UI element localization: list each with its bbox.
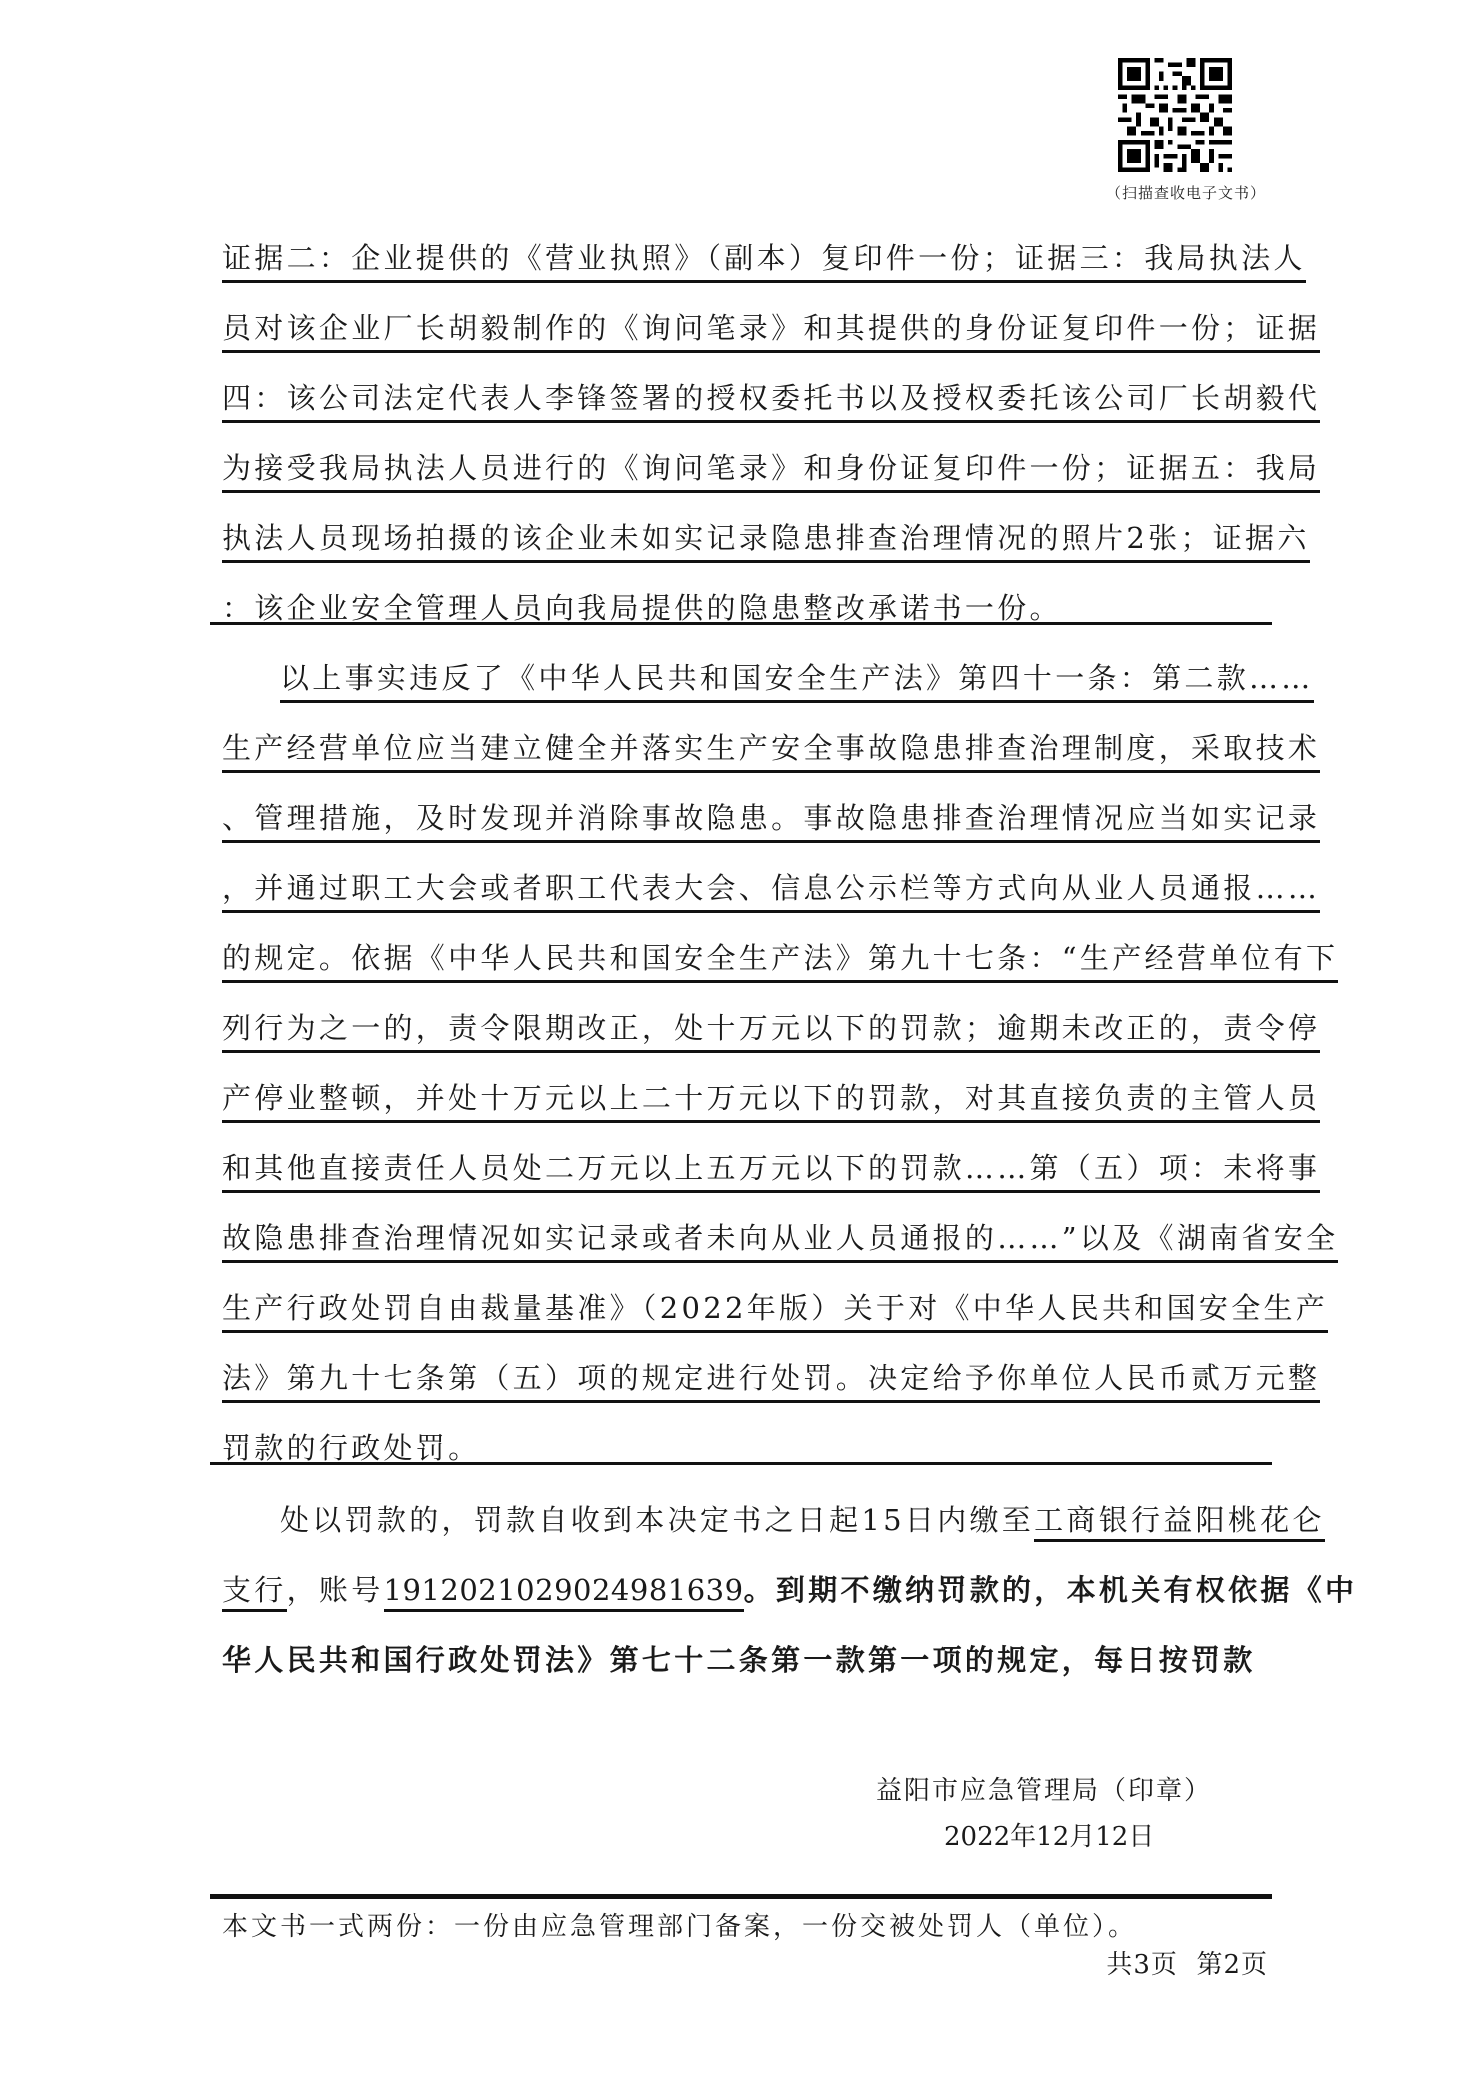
evidence-line: 执法人员现场拍摄的该企业未如实记录隐患排查治理情况的照片2张；证据六 <box>222 518 1310 563</box>
footer-note: 本文书一式两份：一份由应急管理部门备案，一份交被处罚人（单位）。 <box>222 1906 1137 1943</box>
payment-line-2: 支行，账号1912021029024981639。到期不缴纳罚款的，本机关有权依… <box>222 1570 1357 1610</box>
account-number: 1912021029024981639 <box>384 1573 744 1612</box>
violation-line: 法》第九十七条第（五）项的规定进行处罚。决定给予你单位人民币贰万元整 <box>222 1358 1320 1403</box>
bank-name-cont: 支行 <box>222 1573 287 1612</box>
underline-rule <box>210 1462 1272 1465</box>
violation-line: 生产经营单位应当建立健全并落实生产安全事故隐患排查治理制度，采取技术 <box>222 728 1320 773</box>
issuing-authority: 益阳市应急管理局（印章） <box>876 1770 1212 1807</box>
issue-date: 2022年12月12日 <box>944 1816 1154 1853</box>
payment-line-3: 华人民共和国行政处罚法》第七十二条第一款第一项的规定，每日按罚款 <box>222 1640 1256 1680</box>
violation-line: 以上事实违反了《中华人民共和国安全生产法》第四十一条：第二款…… <box>280 658 1314 703</box>
underline-rule <box>210 622 1272 625</box>
footer-divider <box>210 1894 1272 1899</box>
qr-caption: （扫描查收电子文书） <box>1082 182 1290 203</box>
violation-line: 、管理措施，及时发现并消除事故隐患。事故隐患排查治理情况应当如实记录 <box>222 798 1320 843</box>
violation-line: ，并通过职工大会或者职工代表大会、信息公示栏等方式向从业人员通报…… <box>222 868 1320 913</box>
payment-line-1: 处以罚款的，罚款自收到本决定书之日起15日内缴至工商银行益阳桃花仑 <box>280 1500 1325 1540</box>
qr-code-block: （扫描查收电子文书） <box>1090 58 1290 203</box>
late-payment-text: 。到期不缴纳罚款的，本机关有权依据《中 <box>744 1573 1358 1607</box>
evidence-line: 员对该企业厂长胡毅制作的《询问笔录》和其提供的身份证复印件一份；证据 <box>222 308 1320 353</box>
violation-line: 列行为之一的，责令限期改正，处十万元以下的罚款；逾期未改正的，责令停 <box>222 1008 1320 1053</box>
violation-line: 的规定。依据《中华人民共和国安全生产法》第九十七条：“生产经营单位有下 <box>222 938 1338 983</box>
bank-name: 工商银行益阳桃花仑 <box>1034 1503 1325 1542</box>
violation-line: 生产行政处罚自由裁量基准》（2022年版）关于对《中华人民共和国安全生产 <box>222 1288 1328 1333</box>
qr-code-icon[interactable] <box>1118 58 1232 172</box>
evidence-line: 为接受我局执法人员进行的《询问笔录》和身份证复印件一份；证据五：我局 <box>222 448 1320 493</box>
account-label: ，账号 <box>287 1573 384 1607</box>
evidence-line: 证据二：企业提供的《营业执照》（副本）复印件一份；证据三：我局执法人 <box>222 238 1306 283</box>
evidence-line: 四：该公司法定代表人李锋签署的授权委托书以及授权委托该公司厂长胡毅代 <box>222 378 1320 423</box>
page-indicator: 共3页 第2页 <box>1106 1944 1268 1981</box>
violation-line: 和其他直接责任人员处二万元以上五万元以下的罚款……第（五）项：未将事 <box>222 1148 1320 1193</box>
violation-line: 产停业整顿，并处十万元以上二十万元以下的罚款，对其直接负责的主管人员 <box>222 1078 1320 1123</box>
violation-line: 故隐患排查治理情况如实记录或者未向从业人员通报的……”以及《湖南省安全 <box>222 1218 1338 1263</box>
payment-text: 处以罚款的，罚款自收到本决定书之日起15日内缴至 <box>280 1503 1034 1537</box>
